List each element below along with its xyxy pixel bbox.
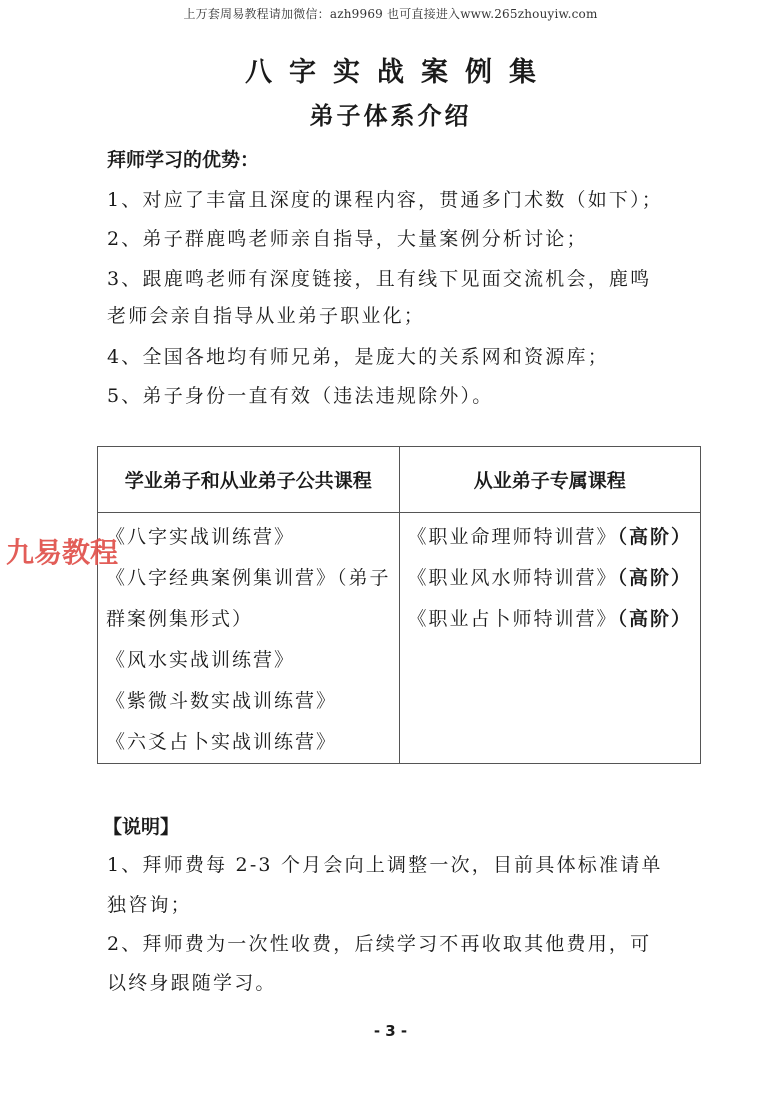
- note-line: 2、拜师费为一次性收费，后续学习不再收取其他费用，可: [107, 929, 651, 956]
- advantage-line: 4、全国各地均有师兄弟，是庞大的关系网和资源库；: [107, 342, 609, 369]
- table-header-row: 学业弟子和从业弟子公共课程 从业弟子专属课程: [98, 447, 701, 513]
- page-title: 八字实战案例集: [0, 50, 781, 89]
- course-item: 《六爻占卜实战训练营》: [106, 722, 391, 763]
- advantage-line: 5、弟子身份一直有效（违法违规除外）。: [107, 381, 493, 408]
- note-line: 以终身跟随学习。: [107, 968, 277, 995]
- course-name: 《职业占卜师特训营》: [408, 608, 618, 630]
- course-item: 《风水实战训练营》: [106, 640, 391, 681]
- course-item: 群案例集形式）: [106, 599, 391, 640]
- column-header-exclusive: 从业弟子专属课程: [399, 447, 701, 513]
- watermark-logo: 九易教程: [6, 531, 118, 571]
- course-name: 《职业风水师特训营》: [408, 567, 618, 589]
- column-header-common: 学业弟子和从业弟子公共课程: [98, 447, 400, 513]
- advantage-line: 3、跟鹿鸣老师有深度链接，且有线下见面交流机会，鹿鸣: [107, 264, 651, 291]
- course-item: 《八字经典案例集训营》（弟子: [106, 558, 391, 599]
- advantage-line: 1、对应了丰富且深度的课程内容，贯通多门术数（如下）；: [107, 185, 663, 212]
- course-name: 《职业命理师特训营》: [408, 526, 618, 548]
- level-tag: （高阶）: [618, 567, 693, 589]
- exclusive-course-item: 《职业占卜师特训营》（高阶）: [408, 599, 693, 640]
- course-item: 《八字实战训练营》: [106, 517, 391, 558]
- table-row: 《八字实战训练营》 《八字经典案例集训营》（弟子 群案例集形式） 《风水实战训练…: [98, 513, 701, 764]
- course-item: 《紫微斗数实战训练营》: [106, 681, 391, 722]
- advantages-heading: 拜师学习的优势：: [107, 145, 259, 172]
- page-subtitle: 弟子体系介绍: [0, 96, 781, 131]
- level-tag: （高阶）: [618, 608, 693, 630]
- common-courses-cell: 《八字实战训练营》 《八字经典案例集训营》（弟子 群案例集形式） 《风水实战训练…: [98, 513, 400, 764]
- advantage-line: 2、弟子群鹿鸣老师亲自指导，大量案例分析讨论；: [107, 224, 588, 251]
- level-tag: （高阶）: [618, 526, 693, 548]
- page-number: - 3 -: [0, 1022, 781, 1040]
- course-table: 学业弟子和从业弟子公共课程 从业弟子专属课程 《八字实战训练营》 《八字经典案例…: [97, 446, 701, 764]
- exclusive-course-item: 《职业风水师特训营》（高阶）: [408, 558, 693, 599]
- note-line: 1、拜师费每 2-3 个月会向上调整一次，目前具体标准请单: [107, 850, 663, 877]
- notes-heading: 【说明】: [103, 812, 179, 839]
- exclusive-courses-cell: 《职业命理师特训营》（高阶） 《职业风水师特训营》（高阶） 《职业占卜师特训营》…: [399, 513, 701, 764]
- exclusive-course-item: 《职业命理师特训营》（高阶）: [408, 517, 693, 558]
- header-banner: 上万套周易教程请加微信：azh9969 也可直接进入www.265zhouyiw…: [0, 5, 781, 22]
- advantage-line: 老师会亲自指导从业弟子职业化；: [107, 301, 425, 328]
- note-line: 独咨询；: [107, 890, 192, 917]
